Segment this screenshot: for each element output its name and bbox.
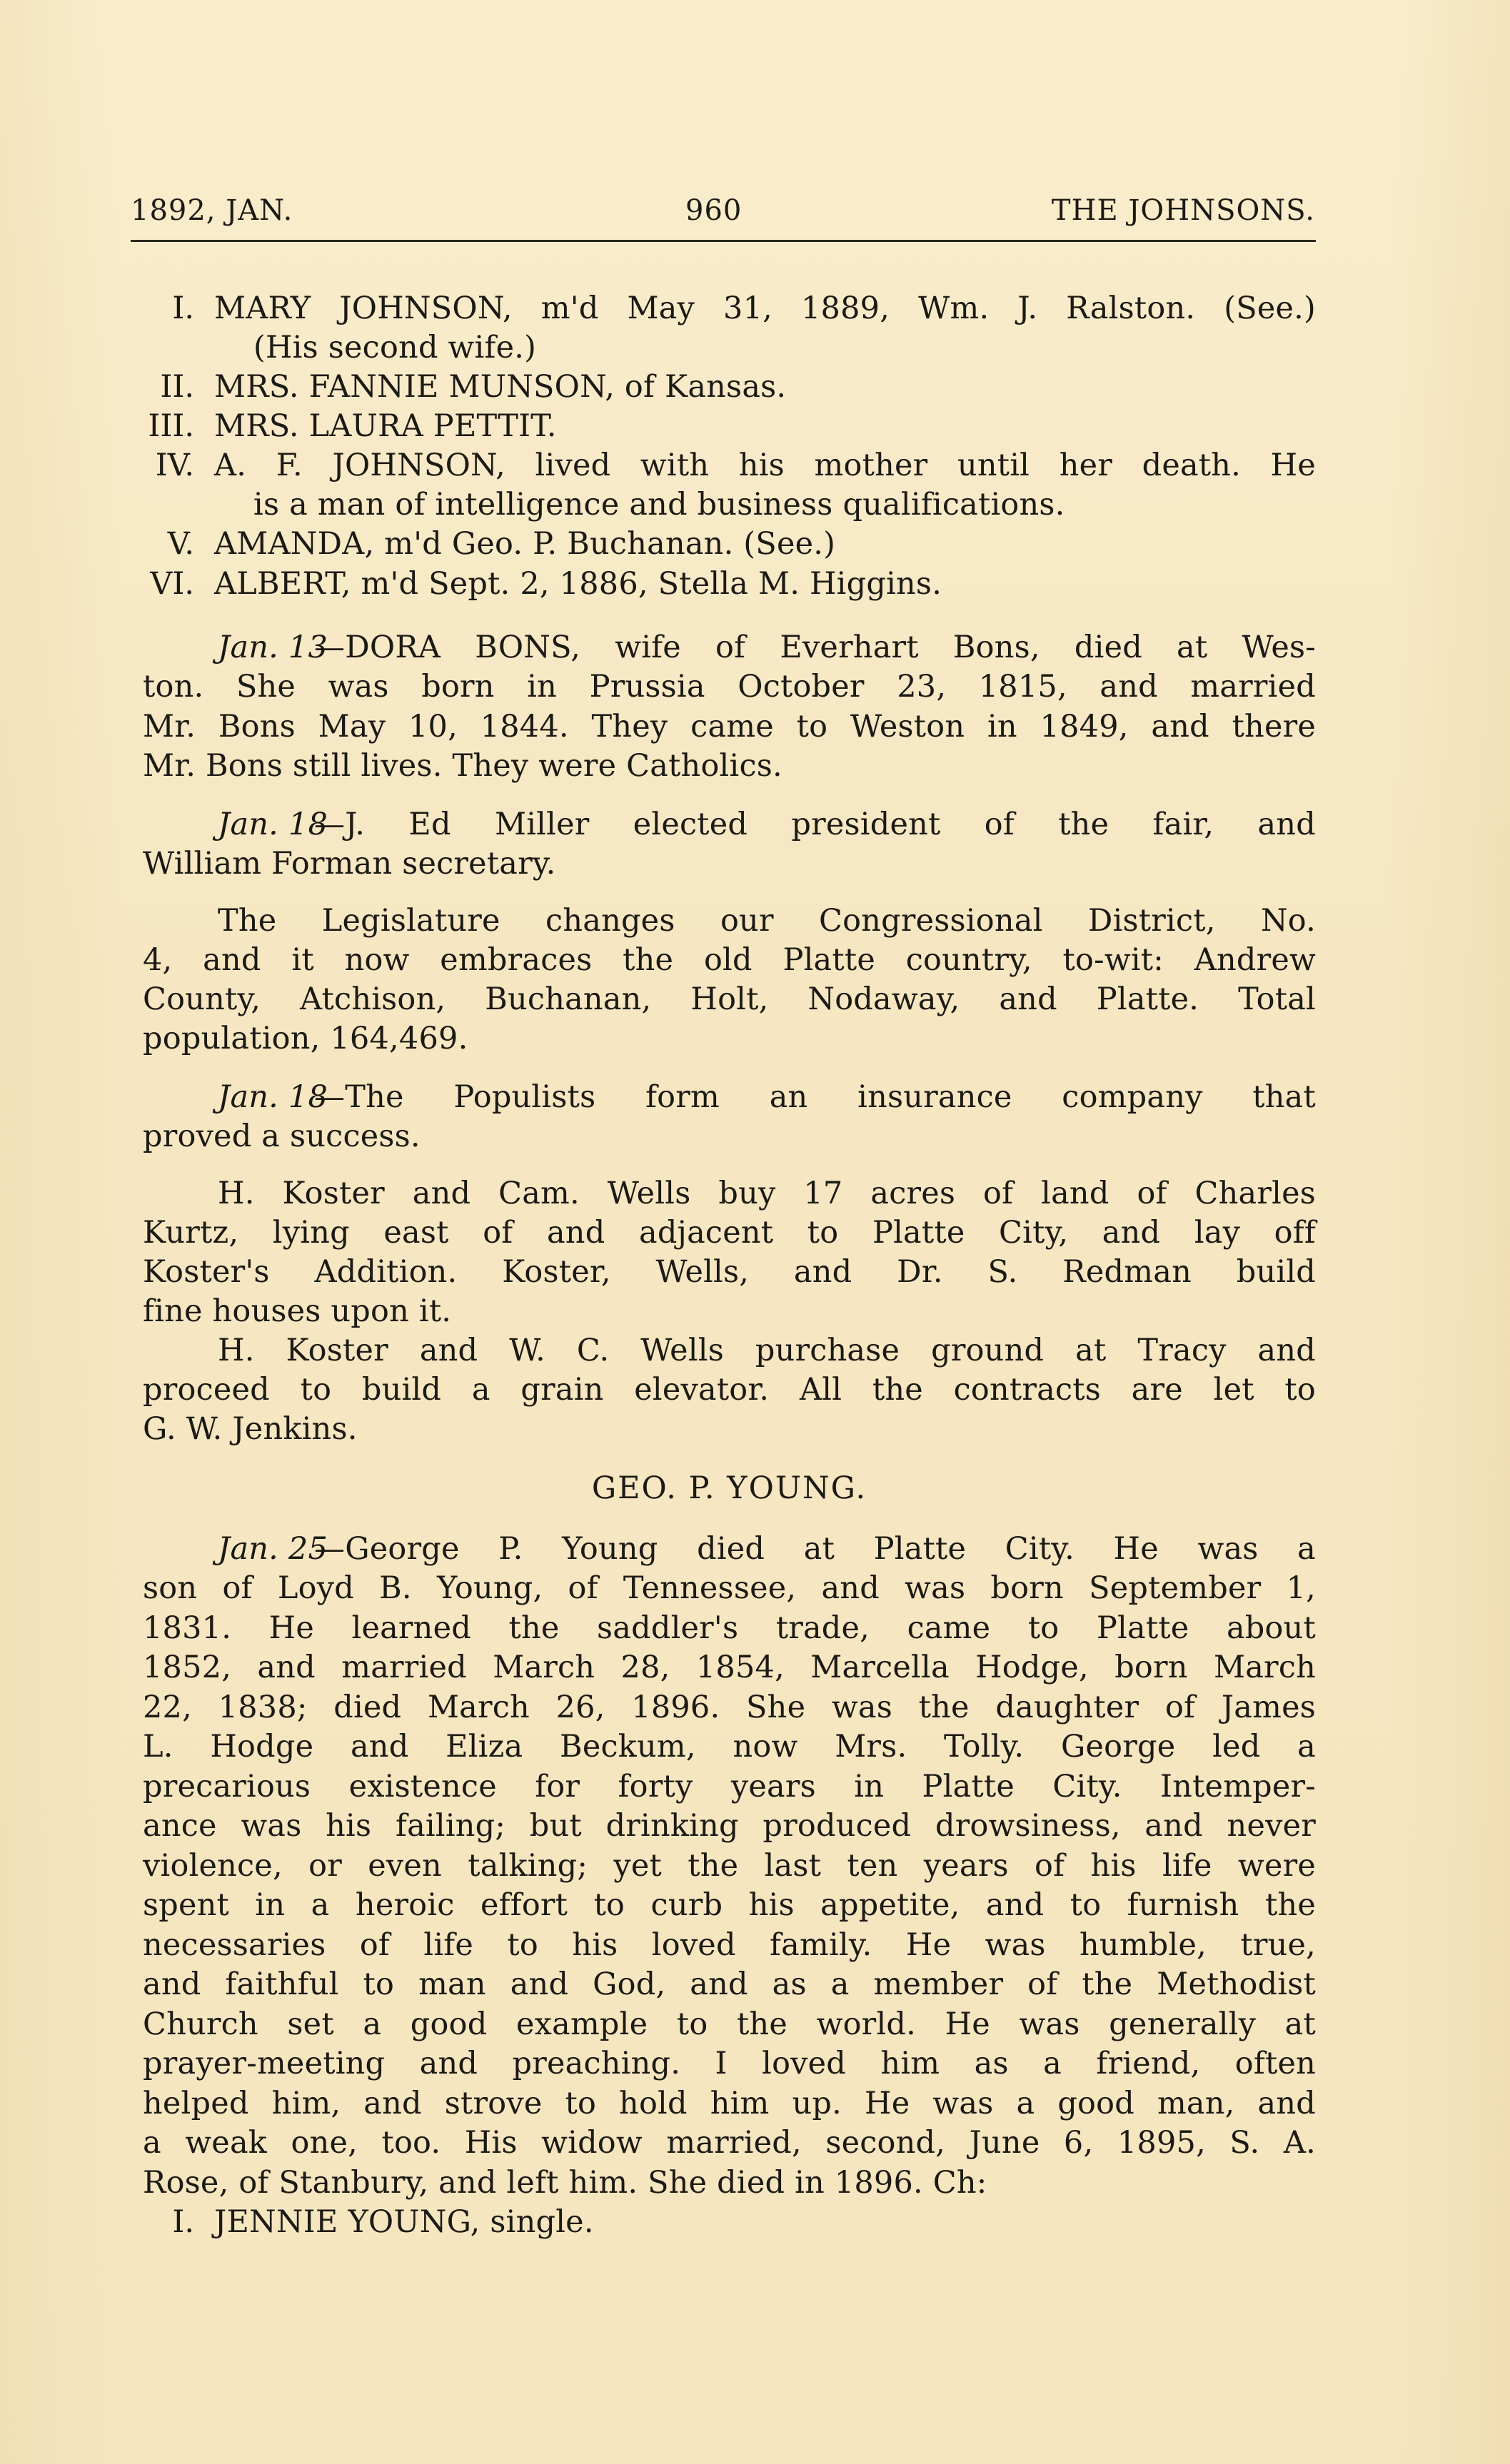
list-numeral: I. bbox=[123, 290, 194, 327]
paragraph-line: Rose, of Stanbury, and left him. She die… bbox=[143, 2164, 987, 2201]
list-item-continuation: (His second wife.) bbox=[253, 329, 536, 366]
paragraph-line: Church set a good example to the world. … bbox=[143, 2006, 1316, 2043]
paragraph-line: helped him, and strove to hold him up. H… bbox=[143, 2085, 1316, 2122]
paragraph-line: population, 164,469. bbox=[143, 1020, 468, 1057]
paragraph-line: proceed to build a grain elevator. All t… bbox=[143, 1371, 1316, 1408]
list-numeral: VI. bbox=[123, 565, 194, 602]
page-number: 960 bbox=[685, 191, 742, 230]
list-numeral: III. bbox=[123, 408, 194, 445]
book-page: 1892, JAN. 960 THE JOHNSONS. I. MARY JOH… bbox=[0, 0, 1510, 2464]
list-numeral: I. bbox=[123, 2203, 194, 2241]
entry-date: Jan. 25 bbox=[218, 1531, 328, 1567]
paragraph-line: 1852, and married March 28, 1854, Marcel… bbox=[143, 1649, 1316, 1686]
list-item-continuation: is a man of intelligence and business qu… bbox=[253, 486, 1065, 523]
paragraph-line: L. Hodge and Eliza Beckum, now Mrs. Toll… bbox=[143, 1728, 1316, 1765]
list-item: JENNIE YOUNG, single. bbox=[214, 2203, 594, 2241]
paragraph-line: County, Atchison, Buchanan, Holt, Nodawa… bbox=[143, 981, 1316, 1018]
paragraph-line: 22, 1838; died March 26, 1896. She was t… bbox=[143, 1689, 1316, 1726]
paragraph-line: prayer-meeting and preaching. I loved hi… bbox=[143, 2045, 1316, 2082]
paragraph-line: Mr. Bons May 10, 1844. They came to West… bbox=[143, 708, 1316, 745]
paragraph-line: ton. She was born in Prussia October 23,… bbox=[143, 668, 1316, 705]
paragraph-line: violence, or even talking; yet the last … bbox=[143, 1847, 1316, 1884]
paragraph-line: H. Koster and Cam. Wells buy 17 acres of… bbox=[218, 1175, 1316, 1212]
paragraph-line: and faithful to man and God, and as a me… bbox=[143, 1966, 1316, 2003]
section-heading: GEO. P. YOUNG. bbox=[143, 1470, 1316, 1507]
paragraph-line: —J. Ed Miller elected president of the f… bbox=[314, 806, 1316, 843]
paragraph-line: G. W. Jenkins. bbox=[143, 1410, 358, 1448]
paragraph-line: precarious existence for forty years in … bbox=[143, 1768, 1316, 1805]
paragraph-line: Mr. Bons still lives. They were Catholic… bbox=[143, 747, 782, 784]
paragraph-line: 1831. He learned the saddler's trade, ca… bbox=[143, 1610, 1316, 1647]
header-rule bbox=[131, 240, 1316, 242]
entry-date: Jan. 13 bbox=[218, 630, 328, 665]
paragraph-line: 4, and it now embraces the old Platte co… bbox=[143, 941, 1316, 979]
paragraph-line: Koster's Addition. Koster, Wells, and Dr… bbox=[143, 1253, 1316, 1291]
list-numeral: V. bbox=[123, 525, 194, 562]
list-item: ALBERT, m'd Sept. 2, 1886, Stella M. Hig… bbox=[214, 565, 942, 602]
paragraph-line: —George P. Young died at Platte City. He… bbox=[314, 1530, 1316, 1567]
paragraph-line: William Forman secretary. bbox=[143, 845, 556, 882]
paragraph-line: proved a success. bbox=[143, 1118, 421, 1155]
paragraph-line: necessaries of life to his loved family.… bbox=[143, 1927, 1316, 1964]
paragraph-line: H. Koster and W. C. Wells purchase groun… bbox=[218, 1332, 1316, 1369]
running-header-date: 1892, JAN. bbox=[131, 191, 293, 230]
paragraph-line: Kurtz, lying east of and adjacent to Pla… bbox=[143, 1214, 1316, 1251]
paragraph-line: ance was his failing; but drinking produ… bbox=[143, 1807, 1316, 1844]
entry-date: Jan. 18 bbox=[218, 1079, 328, 1115]
list-item: A. F. JOHNSON, lived with his mother unt… bbox=[214, 447, 1316, 484]
paragraph-line: —The Populists form an insurance company… bbox=[314, 1079, 1316, 1116]
list-item: AMANDA, m'd Geo. P. Buchanan. (See.) bbox=[214, 525, 835, 562]
paragraph-line: —DORA BONS, wife of Everhart Bons, died … bbox=[314, 629, 1316, 666]
running-header-title: THE JOHNSONS. bbox=[1022, 191, 1315, 230]
entry-date: Jan. 18 bbox=[218, 807, 328, 842]
paragraph-line: a weak one, too. His widow married, seco… bbox=[143, 2124, 1316, 2161]
list-item: MRS. FANNIE MUNSON, of Kansas. bbox=[214, 368, 786, 405]
paragraph-line: spent in a heroic effort to curb his app… bbox=[143, 1887, 1316, 1924]
paragraph-line: The Legislature changes our Congressiona… bbox=[218, 902, 1316, 939]
list-item: MARY JOHNSON, m'd May 31, 1889, Wm. J. R… bbox=[214, 290, 1316, 327]
paragraph-line: fine houses upon it. bbox=[143, 1293, 451, 1330]
paragraph-line: son of Loyd B. Young, of Tennessee, and … bbox=[143, 1570, 1316, 1607]
list-numeral: IV. bbox=[123, 447, 194, 484]
list-item: MRS. LAURA PETTIT. bbox=[214, 408, 557, 445]
list-numeral: II. bbox=[123, 368, 194, 405]
